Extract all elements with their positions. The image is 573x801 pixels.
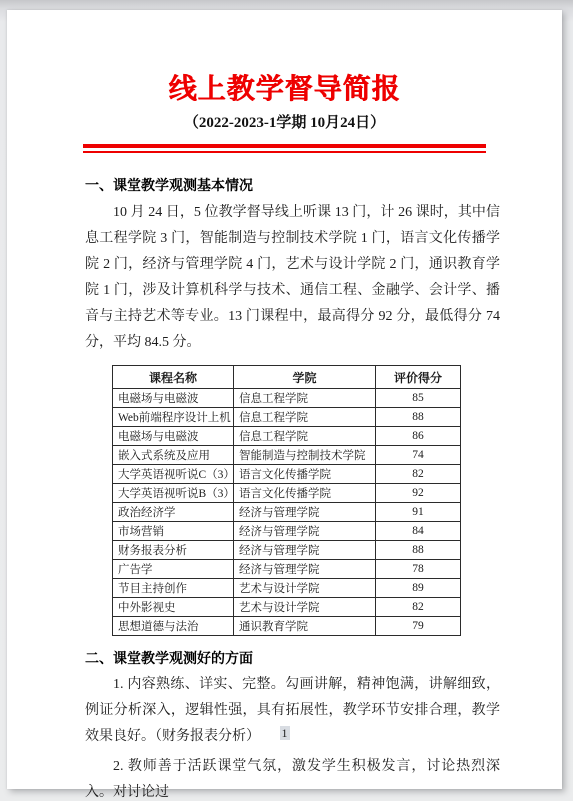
score-cell: 92 <box>376 484 461 503</box>
document-subtitle: （2022-2023-1学期 10月24日） <box>7 113 562 133</box>
college-cell: 语言文化传播学院 <box>234 484 376 503</box>
red-rule-thin <box>83 151 486 153</box>
table-row: 大学英语视听说C（3）语言文化传播学院82 <box>113 465 461 484</box>
course-name-cell: 大学英语视听说C（3） <box>113 465 234 484</box>
score-cell: 88 <box>376 408 461 427</box>
table-row: 市场营销经济与管理学院84 <box>113 522 461 541</box>
course-name-cell: 财务报表分析 <box>113 541 234 560</box>
document-page: 线上教学督导简报 （2022-2023-1学期 10月24日） 一、课堂教学观测… <box>7 10 562 789</box>
course-name-cell: 广告学 <box>113 560 234 579</box>
table-row: 广告学经济与管理学院78 <box>113 560 461 579</box>
document-viewer-background: 线上教学督导简报 （2022-2023-1学期 10月24日） 一、课堂教学观测… <box>0 0 573 801</box>
college-cell: 信息工程学院 <box>234 408 376 427</box>
red-double-rule <box>83 144 486 153</box>
table-header-row: 课程名称 学院 评价得分 <box>113 366 461 389</box>
course-scores-table: 课程名称 学院 评价得分 电磁场与电磁波信息工程学院85Web前端程序设计上机信… <box>112 365 461 636</box>
table-row: Web前端程序设计上机信息工程学院88 <box>113 408 461 427</box>
scores-table-body: 电磁场与电磁波信息工程学院85Web前端程序设计上机信息工程学院88电磁场与电磁… <box>113 389 461 636</box>
table-row: 财务报表分析经济与管理学院88 <box>113 541 461 560</box>
course-name-cell: 政治经济学 <box>113 503 234 522</box>
document-body: 一、课堂教学观测基本情况 10 月 24 日，5 位教学督导线上听课 13 门，… <box>85 176 500 801</box>
college-cell: 语言文化传播学院 <box>234 465 376 484</box>
table-row: 节目主持创作艺术与设计学院89 <box>113 579 461 598</box>
score-cell: 82 <box>376 598 461 617</box>
section2-point-2: 2. 教师善于活跃课堂气氛，激发学生积极发言，讨论热烈深入。对讨论过 <box>85 754 500 801</box>
score-cell: 74 <box>376 446 461 465</box>
table-row: 电磁场与电磁波信息工程学院85 <box>113 389 461 408</box>
score-cell: 91 <box>376 503 461 522</box>
page-number: 1 <box>7 726 562 741</box>
college-cell: 经济与管理学院 <box>234 503 376 522</box>
score-cell: 78 <box>376 560 461 579</box>
score-cell: 88 <box>376 541 461 560</box>
column-header-score: 评价得分 <box>376 366 461 389</box>
table-row: 思想道德与法治通识教育学院79 <box>113 617 461 636</box>
college-cell: 经济与管理学院 <box>234 522 376 541</box>
score-cell: 82 <box>376 465 461 484</box>
college-cell: 经济与管理学院 <box>234 541 376 560</box>
document-title: 线上教学督导简报 <box>7 74 562 106</box>
score-cell: 86 <box>376 427 461 446</box>
course-name-cell: 电磁场与电磁波 <box>113 427 234 446</box>
college-cell: 智能制造与控制技术学院 <box>234 446 376 465</box>
section1-heading: 一、课堂教学观测基本情况 <box>85 176 500 195</box>
course-name-cell: 市场营销 <box>113 522 234 541</box>
college-cell: 艺术与设计学院 <box>234 579 376 598</box>
course-name-cell: Web前端程序设计上机 <box>113 408 234 427</box>
score-cell: 79 <box>376 617 461 636</box>
column-header-college: 学院 <box>234 366 376 389</box>
course-name-cell: 思想道德与法治 <box>113 617 234 636</box>
table-row: 中外影视史艺术与设计学院82 <box>113 598 461 617</box>
table-row: 大学英语视听说B（3）语言文化传播学院92 <box>113 484 461 503</box>
course-name-cell: 中外影视史 <box>113 598 234 617</box>
section2-heading: 二、课堂教学观测好的方面 <box>85 649 500 668</box>
table-row: 政治经济学经济与管理学院91 <box>113 503 461 522</box>
college-cell: 经济与管理学院 <box>234 560 376 579</box>
college-cell: 信息工程学院 <box>234 389 376 408</box>
college-cell: 艺术与设计学院 <box>234 598 376 617</box>
score-cell: 84 <box>376 522 461 541</box>
table-row: 嵌入式系统及应用智能制造与控制技术学院74 <box>113 446 461 465</box>
course-name-cell: 节目主持创作 <box>113 579 234 598</box>
college-cell: 信息工程学院 <box>234 427 376 446</box>
section1-paragraph: 10 月 24 日，5 位教学督导线上听课 13 门，计 26 课时，其中信息工… <box>85 200 500 356</box>
score-cell: 89 <box>376 579 461 598</box>
score-cell: 85 <box>376 389 461 408</box>
red-rule-thick <box>83 144 486 148</box>
college-cell: 通识教育学院 <box>234 617 376 636</box>
course-name-cell: 嵌入式系统及应用 <box>113 446 234 465</box>
table-row: 电磁场与电磁波信息工程学院86 <box>113 427 461 446</box>
course-name-cell: 电磁场与电磁波 <box>113 389 234 408</box>
course-name-cell: 大学英语视听说B（3） <box>113 484 234 503</box>
column-header-course: 课程名称 <box>113 366 234 389</box>
